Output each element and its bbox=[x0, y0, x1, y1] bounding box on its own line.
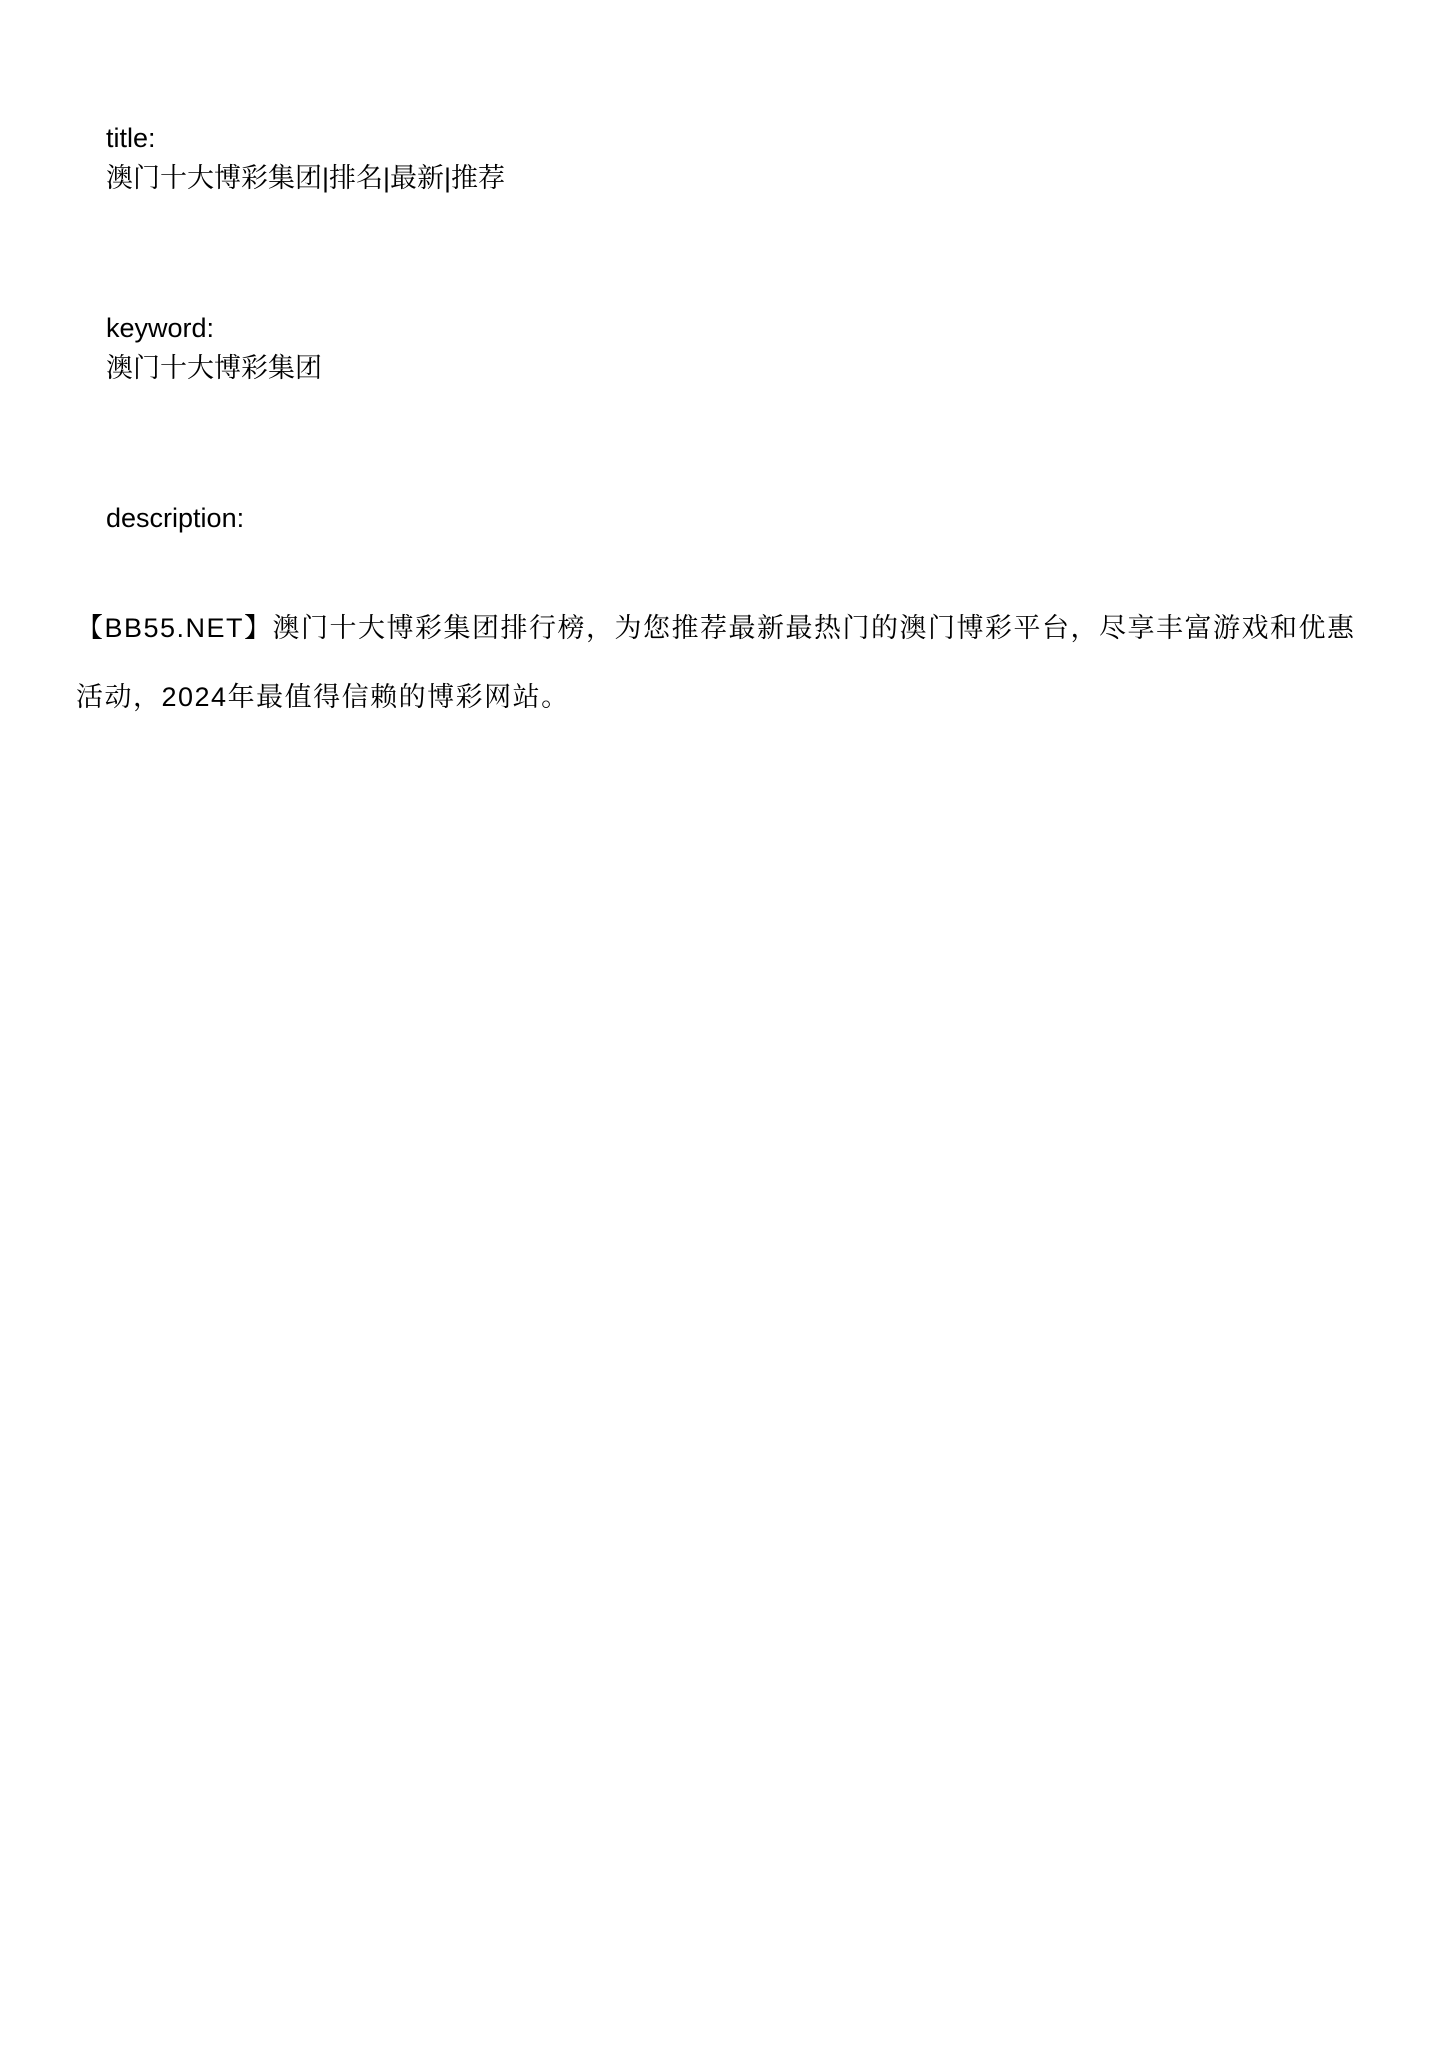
description-line: description: bbox=[76, 458, 1376, 578]
keyword-label: keyword: bbox=[106, 313, 214, 343]
title-label: title: bbox=[106, 123, 156, 153]
description-text: 【BB55.NET】澳门十大博彩集团排行榜，为您推荐最新最热门的澳门博彩平台，尽… bbox=[76, 594, 1376, 732]
title-line: title: 澳门十大博彩集团|排名|最新|推荐 bbox=[76, 78, 1376, 238]
description-label: description: bbox=[106, 503, 244, 533]
title-value: 澳门十大博彩集团|排名|最新|推荐 bbox=[106, 163, 505, 193]
document-page: title: 澳门十大博彩集团|排名|最新|推荐 keyword: 澳门十大博彩… bbox=[76, 78, 1376, 732]
keyword-value: 澳门十大博彩集团 bbox=[106, 353, 322, 383]
keyword-line: keyword: 澳门十大博彩集团 bbox=[76, 268, 1376, 428]
